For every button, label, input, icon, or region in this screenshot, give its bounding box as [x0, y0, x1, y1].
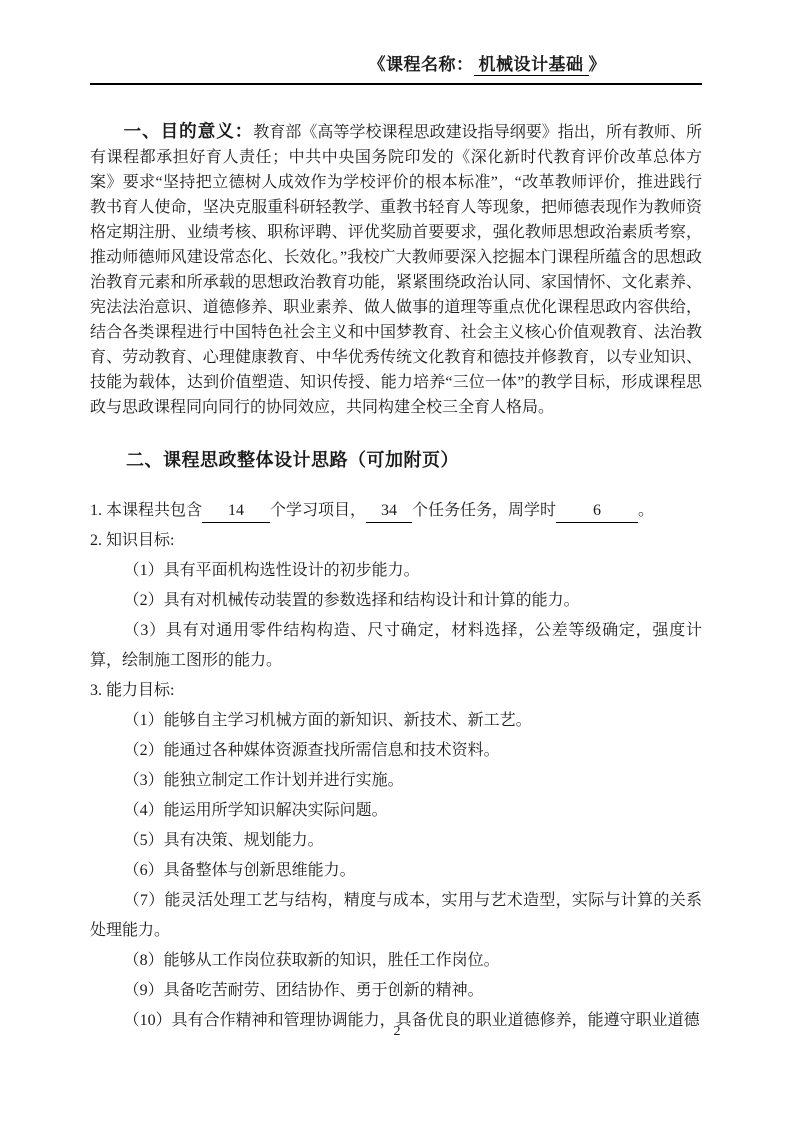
- ability-goal-item: （2）能通过各种媒体资源查找所需信息和技术资料。: [90, 736, 702, 766]
- tasks-count-blank: 34: [366, 500, 412, 523]
- knowledge-goals-label: 2. 知识目标:: [90, 526, 702, 556]
- course-stats-part4: 。: [638, 502, 654, 519]
- section2-content: 1. 本课程共包含14个学习项目，34个任务任务，周学时6。 2. 知识目标: …: [90, 496, 702, 1036]
- ability-goal-item: （4）能运用所学知识解决实际问题。: [90, 796, 702, 826]
- knowledge-goal-item: （1）具有平面机构选性设计的初步能力。: [90, 556, 702, 586]
- document-header: 《课程名称： 机械设计基础 》: [90, 50, 702, 85]
- knowledge-goal-item: （3）具有对通用零件结构构造、尺寸确定，材料选择，公差等级确定，强度计算，绘制施…: [90, 616, 702, 676]
- ability-goal-item: （3）能独立制定工作计划并进行实施。: [90, 766, 702, 796]
- section2-heading: 二、课程思政整体设计思路（可加附页）: [90, 446, 702, 472]
- ability-goal-item: （1）能够自主学习机械方面的新知识、新技术、新工艺。: [90, 706, 702, 736]
- section1-paragraph: 一、目的意义：教育部《高等学校课程思政建设指导纲要》指出，所有教师、所有课程都承…: [90, 119, 702, 420]
- ability-goals-label: 3. 能力目标:: [90, 676, 702, 706]
- course-stats-part3: 个任务任务，周学时: [412, 502, 556, 519]
- knowledge-goal-item: （2）具有对机械传动装置的参数选择和结构设计和计算的能力。: [90, 586, 702, 616]
- document-page: 《课程名称： 机械设计基础 》 一、目的意义：教育部《高等学校课程思政建设指导纲…: [0, 0, 794, 1123]
- ability-goal-item: （9）具备吃苦耐劳、团结协作、勇于创新的精神。: [90, 976, 702, 1006]
- ability-goal-item: （5）具有决策、规划能力。: [90, 826, 702, 856]
- course-stats-part1: 1. 本课程共包含: [90, 502, 202, 519]
- course-stats-line: 1. 本课程共包含14个学习项目，34个任务任务，周学时6。: [90, 496, 702, 526]
- section1-body: 教育部《高等学校课程思政建设指导纲要》指出，所有教师、所有课程都承担好育人责任；…: [90, 124, 702, 416]
- weekly-hours-blank: 6: [556, 500, 638, 523]
- course-stats-part2: 个学习项目，: [270, 502, 366, 519]
- section1-heading: 一、目的意义：: [124, 121, 254, 141]
- course-title-prefix: 《课程名称：: [369, 50, 474, 76]
- course-title-suffix: 》: [589, 50, 607, 76]
- ability-goal-item: （6）具备整体与创新思维能力。: [90, 856, 702, 886]
- ability-goal-item: （7）能灵活处理工艺与结构，精度与成本，实用与艺术造型，实际与计算的关系处理能力…: [90, 886, 702, 946]
- page-number: 2: [0, 1024, 794, 1040]
- course-name-underlined: 机械设计基础: [474, 50, 589, 76]
- projects-count-blank: 14: [202, 500, 270, 523]
- ability-goal-item: （8）能够从工作岗位获取新的知识，胜任工作岗位。: [90, 946, 702, 976]
